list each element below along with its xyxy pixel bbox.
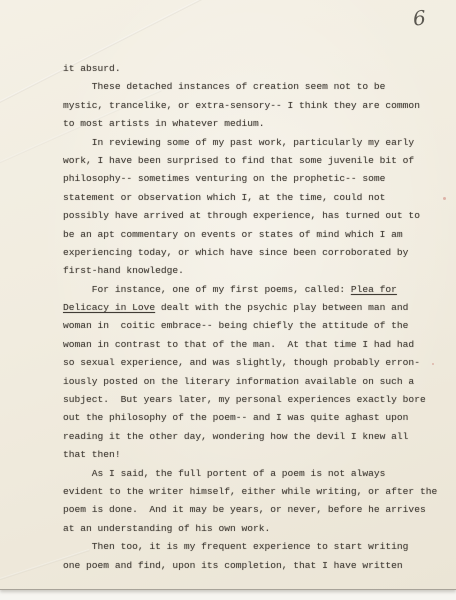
typed-line: be an apt commentary on events or states…	[63, 226, 453, 244]
manuscript-page: 6 it absurd. These detached instances of…	[0, 0, 456, 590]
typed-line: reading it the other day, wondering how …	[63, 428, 453, 446]
typed-segment: one poem and find, upon its completion, …	[63, 560, 403, 571]
typed-segment: evident to the writer himself, either wh…	[63, 486, 437, 497]
typed-line: For instance, one of my first poems, cal…	[63, 281, 453, 299]
typed-line: statement or observation which I, at the…	[63, 189, 453, 207]
typed-segment: reading it the other day, wondering how …	[63, 431, 408, 442]
typed-line: it absurd.	[63, 60, 453, 78]
typed-segment: poem is done. And it may be years, or ne…	[63, 504, 426, 515]
typed-segment: first-hand knowledge.	[63, 265, 184, 276]
typed-segment: mystic, trancelike, or extra-sensory-- I…	[63, 100, 420, 111]
typed-segment: Then too, it is my frequent experience t…	[63, 541, 408, 552]
typed-line: mystic, trancelike, or extra-sensory-- I…	[63, 97, 453, 115]
typed-segment-underlined: Plea for	[351, 284, 397, 295]
typed-text-block: it absurd. These detached instances of c…	[63, 60, 453, 575]
typed-line: work, I have been surprised to find that…	[63, 152, 453, 170]
typed-line: Then too, it is my frequent experience t…	[63, 538, 453, 556]
typed-segment: out the philosophy of the poem-- and I w…	[63, 412, 408, 423]
typed-segment: philosophy-- sometimes venturing on the …	[63, 173, 385, 184]
typed-segment: subject. But years later, my personal ex…	[63, 394, 426, 405]
typed-segment: statement or observation which I, at the…	[63, 192, 385, 203]
typed-segment: For instance, one of my first poems, cal…	[63, 284, 351, 295]
typed-line: woman in contrast to that of the man. At…	[63, 336, 453, 354]
typed-segment: work, I have been surprised to find that…	[63, 155, 414, 166]
typed-line: These detached instances of creation see…	[63, 78, 453, 96]
typed-line: iously posted on the literary informatio…	[63, 373, 453, 391]
typed-line: poem is done. And it may be years, or ne…	[63, 501, 453, 519]
typed-line: In reviewing some of my past work, parti…	[63, 134, 453, 152]
typed-line: that then!	[63, 446, 453, 464]
typed-line: woman in coitic embrace-- being chiefly …	[63, 317, 453, 335]
typed-segment: at an understanding of his own work.	[63, 523, 270, 534]
typed-line: evident to the writer himself, either wh…	[63, 483, 453, 501]
typed-segment: woman in coitic embrace-- being chiefly …	[63, 320, 408, 331]
typed-segment: that then!	[63, 449, 121, 460]
typed-segment: to most artists in whatever medium.	[63, 118, 265, 129]
typed-segment: dealt with the psychic play between man …	[155, 302, 408, 313]
typed-segment: be an apt commentary on events or states…	[63, 229, 403, 240]
typed-line: Delicacy in Love dealt with the psychic …	[63, 299, 453, 317]
handwritten-page-number: 6	[412, 5, 427, 30]
typed-segment: As I said, the full portent of a poem is…	[63, 468, 385, 479]
typed-segment: possibly have arrived at through experie…	[63, 210, 420, 221]
typed-segment: so sexual experience, and was slightly, …	[63, 357, 420, 368]
typed-line: As I said, the full portent of a poem is…	[63, 465, 453, 483]
typed-line: one poem and find, upon its completion, …	[63, 557, 453, 575]
typed-segment-underlined: Delicacy in Love	[63, 302, 155, 313]
typed-segment: experiencing today, or which have since …	[63, 247, 408, 258]
typed-line: so sexual experience, and was slightly, …	[63, 354, 453, 372]
typed-line: at an understanding of his own work.	[63, 520, 453, 538]
typed-line: possibly have arrived at through experie…	[63, 207, 453, 225]
typed-line: first-hand knowledge.	[63, 262, 453, 280]
typed-line: to most artists in whatever medium.	[63, 115, 453, 133]
typed-line: subject. But years later, my personal ex…	[63, 391, 453, 409]
typed-line: experiencing today, or which have since …	[63, 244, 453, 262]
typed-segment: woman in contrast to that of the man. At…	[63, 339, 414, 350]
typed-segment: it absurd.	[63, 63, 121, 74]
typed-segment: These detached instances of creation see…	[63, 81, 385, 92]
typed-segment: iously posted on the literary informatio…	[63, 376, 414, 387]
typed-line: out the philosophy of the poem-- and I w…	[63, 409, 453, 427]
scanned-document: 6 it absurd. These detached instances of…	[0, 0, 456, 600]
typed-line: philosophy-- sometimes venturing on the …	[63, 170, 453, 188]
typed-segment: In reviewing some of my past work, parti…	[63, 137, 414, 148]
